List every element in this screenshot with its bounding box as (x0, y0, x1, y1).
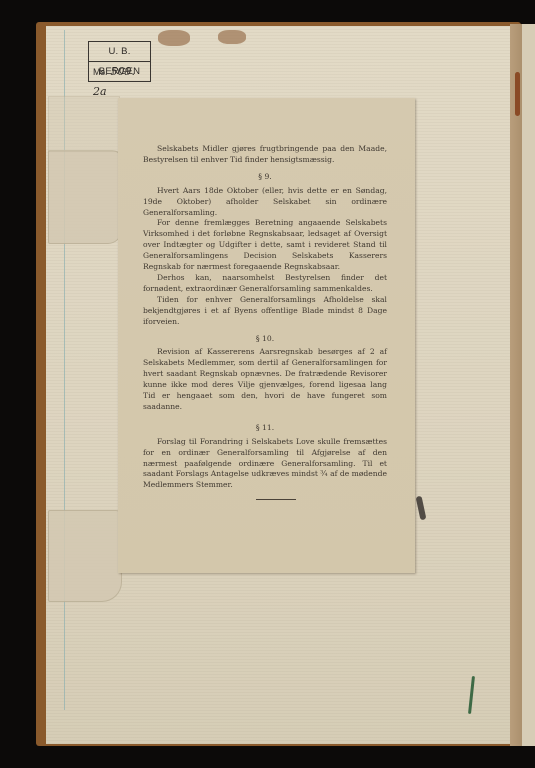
section-heading-10: § 10. (143, 334, 387, 345)
section-9-paragraph-3: Derhos kan, naarsomhelst Bestyrelsen fin… (143, 273, 387, 295)
printed-text-block: Selskabets Midler gjøres frugtbringende … (143, 144, 387, 491)
stamp-institution: U. B. BERGEN (89, 42, 150, 62)
tape-patch-top (48, 96, 120, 152)
section-9-paragraph-2: For denne fremlægges Beretning angaaende… (143, 218, 387, 273)
glue-stain (158, 30, 190, 46)
section-heading-11: § 11. (143, 423, 387, 434)
end-rule (256, 499, 296, 500)
intro-paragraph: Selskabets Midler gjøres frugtbringende … (143, 144, 387, 166)
section-11-paragraph-1: Forslag til Forandring i Selskabets Love… (143, 437, 387, 492)
section-10-paragraph-1: Revision af Kassererens Aarsregnskab bes… (143, 347, 387, 412)
tape-patch-lower (48, 510, 122, 602)
section-heading-9: § 9. (143, 172, 387, 183)
library-stamp: U. B. BERGEN Ms.509. 2a (88, 41, 151, 82)
section-9-paragraph-1: Hvert Aars 18de Oktober (eller, hvis det… (143, 186, 387, 219)
tape-patch-upper (48, 150, 122, 244)
section-9-paragraph-4: Tiden for enhver Generalforsamlings Afho… (143, 295, 387, 328)
shelfmark-prefix: Ms. (93, 67, 108, 77)
next-page-edge (522, 24, 535, 746)
glue-stain (218, 30, 246, 44)
stamp-shelfmark: Ms.509. 2a (89, 62, 150, 81)
spine-stain (515, 72, 520, 116)
